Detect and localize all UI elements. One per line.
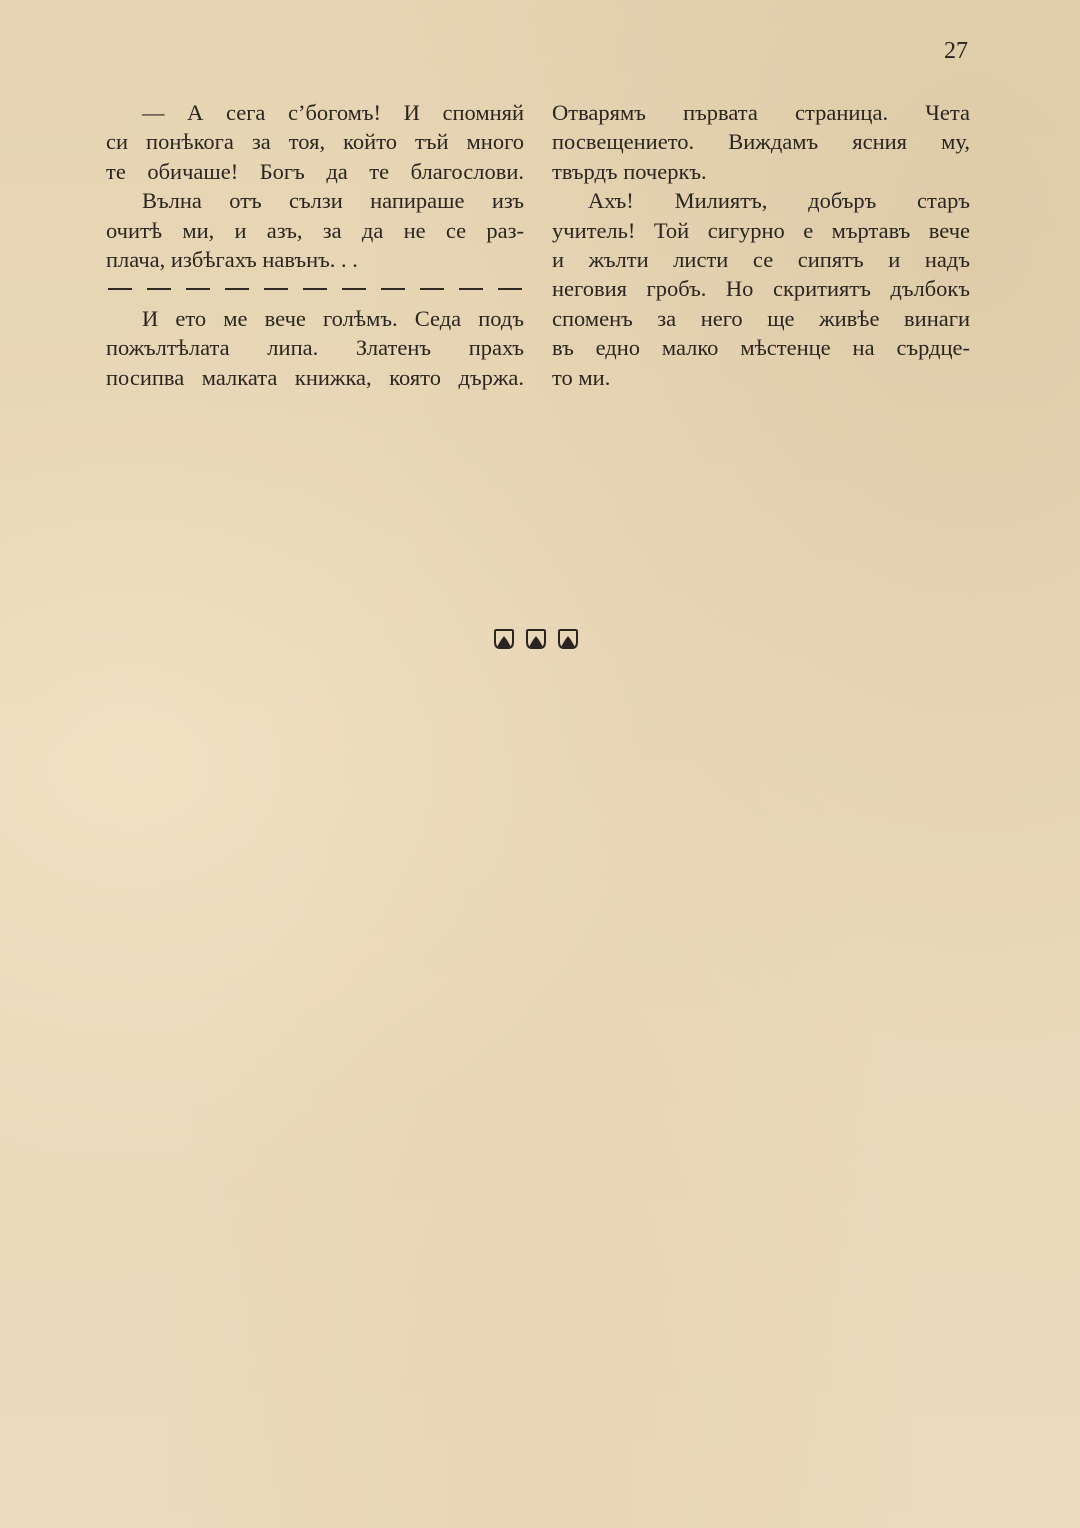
text-line: си понѣкога за тоя, който тъй много xyxy=(106,127,524,156)
left-column: — А сега с’богомъ! И спомняй си понѣкога… xyxy=(106,98,524,392)
section-break-dashes xyxy=(106,274,524,303)
text-line: плача, избѣгахъ навънъ. . . xyxy=(106,245,524,274)
text-line: посвещението. Виждамъ ясния му, xyxy=(552,127,970,156)
dash xyxy=(459,288,483,290)
text-line: твърдъ почеркъ. xyxy=(552,157,970,186)
text-line: Вълна отъ сълзи напираше изъ xyxy=(106,186,524,215)
page-number: 27 xyxy=(944,38,968,65)
dash xyxy=(225,288,249,290)
end-ornament xyxy=(494,628,578,650)
dash xyxy=(381,288,405,290)
dash xyxy=(498,288,522,290)
mountain-frame-icon xyxy=(494,628,514,650)
text-line: Отварямъ първата страница. Чета xyxy=(552,98,970,127)
dash xyxy=(186,288,210,290)
right-column: Отварямъ първата страница. Чета посвещен… xyxy=(552,98,970,392)
paragraph-farewell: — А сега с’богомъ! И спомняй си понѣкога… xyxy=(106,98,524,186)
text-line: въ едно малко мѣстенце на сърдце- xyxy=(552,333,970,362)
mountain-frame-icon xyxy=(558,628,578,650)
text-line: то ми. xyxy=(552,363,970,392)
dash xyxy=(264,288,288,290)
paragraph-tears: Вълна отъ сълзи напираше изъ очитѣ ми, и… xyxy=(106,186,524,274)
paragraph-first-page: Отварямъ първата страница. Чета посвещен… xyxy=(552,98,970,186)
dash xyxy=(147,288,171,290)
text-line: пожълтѣлата липа. Златенъ прахъ xyxy=(106,333,524,362)
text-line: те обичаше! Богъ да те благослови. xyxy=(106,157,524,186)
paragraph-grown-up: И ето ме вече голѣмъ. Седа подъ пожълтѣл… xyxy=(106,304,524,392)
book-page: 27 — А сега с’богомъ! И спомняй си понѣк… xyxy=(0,0,1080,1528)
dash xyxy=(108,288,132,290)
text-line: и жълти листи се сипятъ и надъ xyxy=(552,245,970,274)
paragraph-teacher-memory: Ахъ! Милиятъ, добъръ старъ учитель! Той … xyxy=(552,186,970,392)
mountain-frame-icon xyxy=(526,628,546,650)
text-line: учитель! Той сигурно е мъртавъ вече xyxy=(552,216,970,245)
dash xyxy=(420,288,444,290)
text-line: посипва малката книжка, която държа. xyxy=(106,363,524,392)
text-line: неговия гробъ. Но скритиятъ дълбокъ xyxy=(552,274,970,303)
text-line: — А сега с’богомъ! И спомняй xyxy=(106,98,524,127)
dash xyxy=(303,288,327,290)
text-line: И ето ме вече голѣмъ. Седа подъ xyxy=(106,304,524,333)
text-line: Ахъ! Милиятъ, добъръ старъ xyxy=(552,186,970,215)
text-line: очитѣ ми, и азъ, за да не се раз- xyxy=(106,216,524,245)
text-line: споменъ за него ще живѣе винаги xyxy=(552,304,970,333)
dash xyxy=(342,288,366,290)
